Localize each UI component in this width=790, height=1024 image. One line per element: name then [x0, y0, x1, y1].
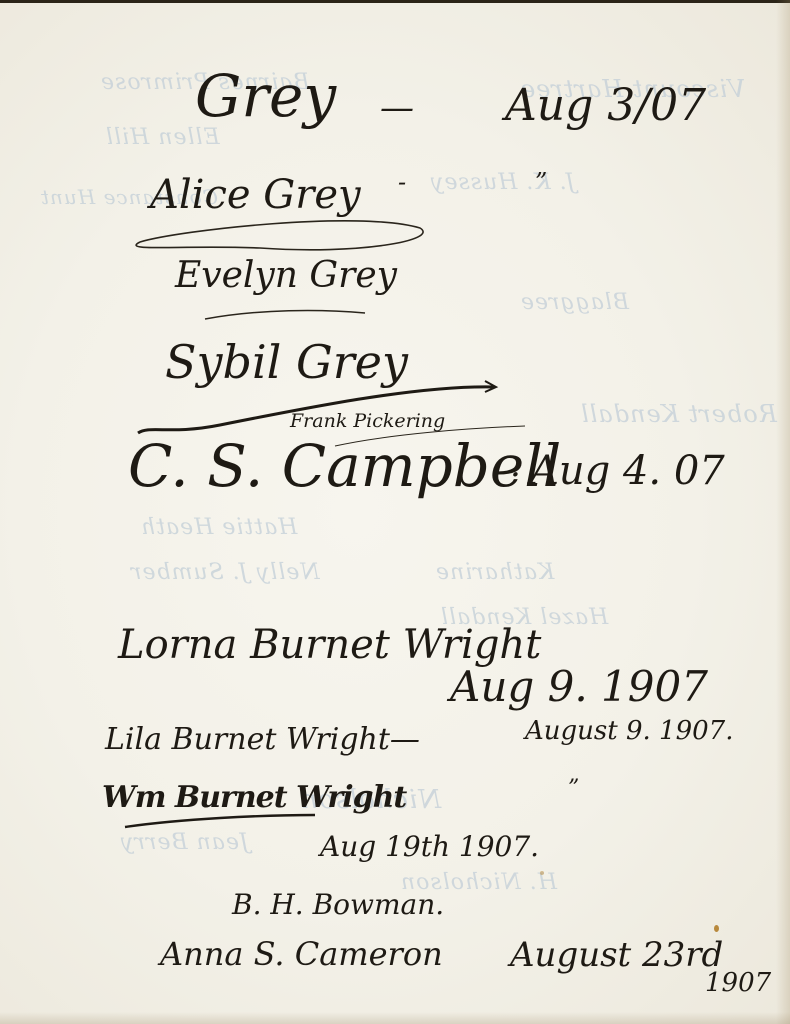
page-right-edge — [776, 0, 790, 1024]
evelyn-underline — [200, 305, 370, 325]
signature-cs-campbell: C. S. Campbell — [128, 432, 561, 500]
page-bottom-edge — [0, 1012, 790, 1024]
date-august-23rd: August 23rd — [510, 935, 723, 975]
wm-underline — [120, 805, 320, 835]
signature-lila-burnet-wright: Lila Burnet Wright— — [105, 722, 420, 757]
dash: - — [398, 168, 406, 196]
date-aug-19th-1907: Aug 19th 1907. — [320, 830, 539, 863]
ditto-mark: ” — [568, 776, 579, 801]
foxing-spot — [540, 871, 544, 875]
dash: — — [380, 88, 414, 128]
page-top-edge — [0, 0, 790, 3]
bleed-through-text: Katharine — [435, 560, 554, 585]
signature-anna-s-cameron: Anna S. Cameron — [160, 935, 443, 973]
signature-grey: Grey — [195, 62, 336, 130]
signature-bh-bowman: B. H. Bowman. — [232, 888, 444, 921]
alice-underline-flourish — [120, 210, 430, 260]
date-august-9-1907: August 9. 1907. — [525, 716, 733, 746]
ditto-mark: ” — [535, 168, 547, 196]
date-aug-4-07: Aug 4. 07 — [530, 448, 725, 494]
year-1907: 1907 — [705, 968, 771, 998]
bleed-through-text: J. K. Hussey — [430, 170, 575, 195]
bleed-through-text: Hattie Heath — [140, 515, 297, 540]
foxing-spot — [714, 925, 719, 932]
signature-evelyn-grey: Evelyn Grey — [175, 255, 397, 296]
date-aug-9-1907: Aug 9. 1907 — [450, 662, 708, 711]
guestbook-page: Bairnes Primrose Ellen Hill Constance Hu… — [0, 0, 790, 1024]
date-aug-3-07: Aug 3/07 — [505, 80, 706, 131]
bleed-through-text: Robert Kendall — [580, 400, 777, 428]
bleed-through-text: Nelly J. Sumber — [130, 560, 320, 585]
period: . — [510, 445, 521, 485]
bleed-through-text: Blaggree — [520, 290, 629, 315]
